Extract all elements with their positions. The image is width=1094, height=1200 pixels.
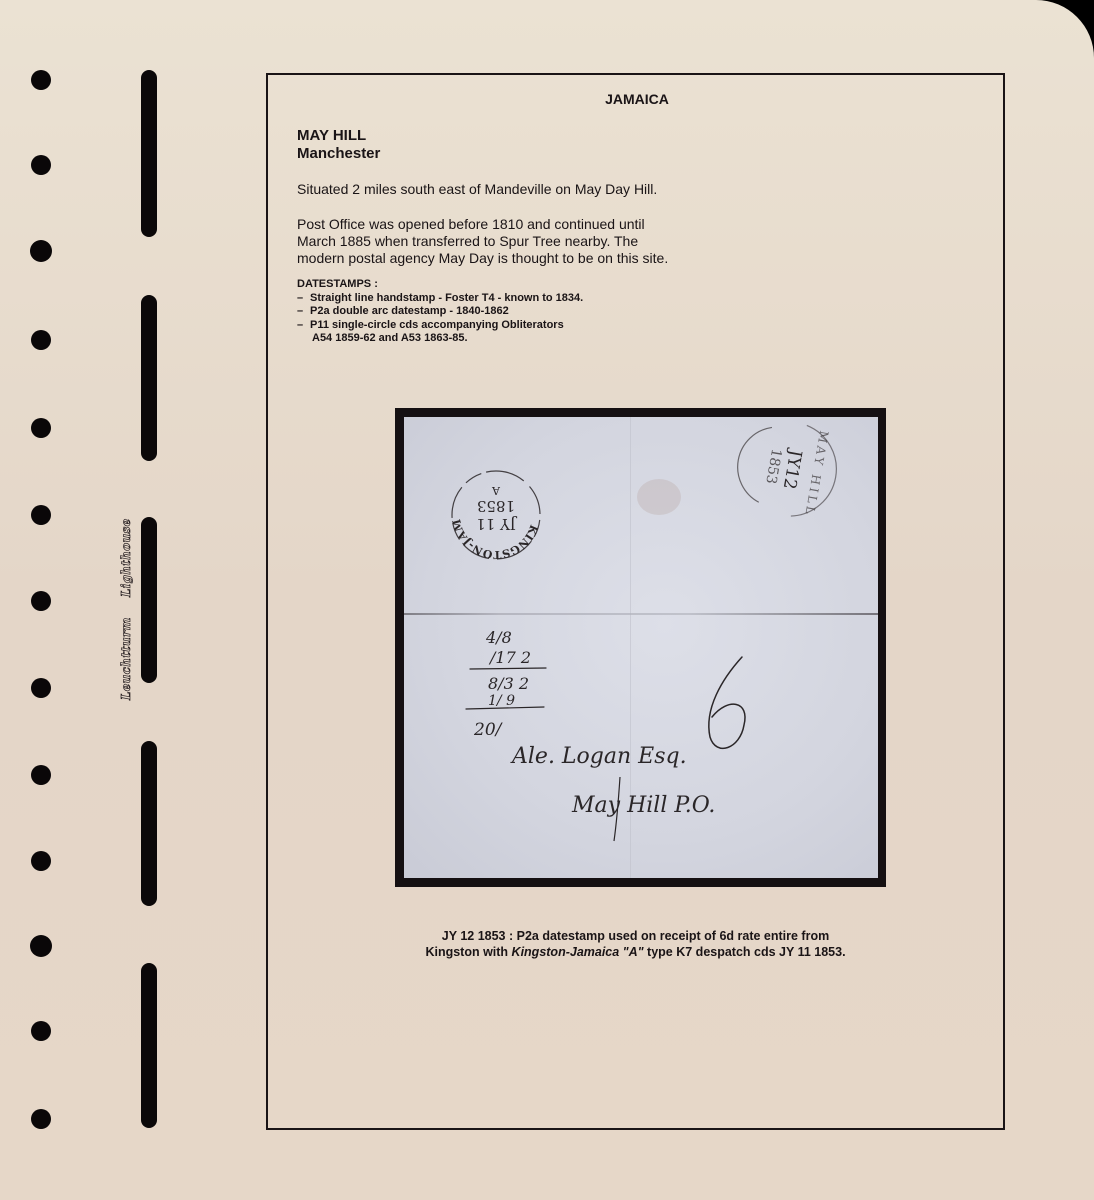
location-text: Situated 2 miles south east of Mandevill… — [297, 181, 737, 198]
svg-text:8/3 2: 8/3 2 — [488, 674, 529, 693]
punch-hole — [31, 330, 51, 350]
place-name: MAY HILL — [297, 127, 380, 145]
manuscript-accounts: 4/8 /17 2 8/3 2 1/ 9 20/ — [466, 628, 546, 740]
caption-text: type K7 despatch cds JY 11 1853. — [644, 945, 846, 959]
punch-hole — [31, 155, 51, 175]
datestamp-text: P2a double arc datestamp - 1840-1862 — [310, 305, 509, 319]
punch-hole — [31, 678, 51, 698]
datestamp-continuation: A54 1859-62 and A53 1863-85. — [297, 332, 697, 346]
binder-slot — [141, 963, 157, 1128]
dash-bullet: – — [297, 292, 310, 306]
binder-slot — [141, 70, 157, 237]
punch-hole — [31, 1021, 51, 1041]
history-text: Post Office was opened before 1810 and c… — [297, 216, 737, 267]
binder-slot — [141, 517, 157, 683]
datestamp-item: – P2a double arc datestamp - 1840-1862 — [297, 305, 697, 319]
punch-hole — [31, 765, 51, 785]
datestamp-text: P11 single-circle cds accompanying Oblit… — [310, 319, 564, 333]
dash-bullet: – — [297, 305, 310, 319]
caption-line-1: JY 12 1853 : P2a datestamp used on recei… — [358, 928, 913, 944]
brand-lighthouse: Lighthouse — [119, 519, 133, 598]
datestamps-list: DATESTAMPS : – Straight line handstamp -… — [297, 278, 697, 346]
punch-hole — [31, 1109, 51, 1129]
svg-text:20/: 20/ — [473, 720, 504, 740]
country-heading: JAMAICA — [268, 91, 1003, 107]
rate-manuscript-6 — [709, 657, 745, 748]
caption-text: Kingston with — [425, 945, 511, 959]
svg-text:MAY HILL: MAY HILL — [802, 430, 831, 518]
cover-caption: JY 12 1853 : P2a datestamp used on recei… — [358, 928, 913, 960]
punch-hole — [31, 591, 51, 611]
place-title: MAY HILL Manchester — [297, 127, 380, 163]
kingston-cds-postmark: KINGSTON-JAMAICA JY 11 1853 A — [450, 471, 540, 561]
history-line: modern postal agency May Day is thought … — [297, 250, 737, 267]
punch-hole — [31, 851, 51, 871]
caption-italic-text: Kingston-Jamaica "A" — [512, 945, 644, 959]
brand-leuchtturm: Leuchtturm — [119, 617, 133, 700]
dash-bullet: – — [297, 319, 310, 333]
postal-cover: KINGSTON-JAMAICA JY 11 1853 A MAY HILL J… — [404, 417, 878, 878]
svg-text:1/ 9: 1/ 9 — [488, 693, 515, 709]
punch-hole — [30, 935, 52, 957]
datestamps-heading: DATESTAMPS : — [297, 278, 697, 292]
cover-mount: KINGSTON-JAMAICA JY 11 1853 A MAY HILL J… — [395, 408, 886, 887]
address-line-2: May Hill P.O. — [571, 793, 715, 818]
svg-text:4/8: 4/8 — [485, 628, 512, 647]
svg-text:A: A — [491, 484, 501, 497]
punch-hole — [31, 70, 51, 90]
parish-name: Manchester — [297, 145, 380, 163]
datestamp-text: Straight line handstamp - Foster T4 - kn… — [310, 292, 583, 306]
cover-markings: KINGSTON-JAMAICA JY 11 1853 A MAY HILL J… — [404, 417, 878, 878]
punch-hole — [31, 418, 51, 438]
svg-text:JY 11: JY 11 — [476, 515, 518, 533]
history-line: March 1885 when transferred to Spur Tree… — [297, 233, 737, 250]
binder-slot — [141, 295, 157, 461]
svg-text:/17 2: /17 2 — [488, 648, 531, 667]
punch-hole — [31, 505, 51, 525]
datestamp-item: – P11 single-circle cds accompanying Obl… — [297, 319, 697, 333]
svg-text:1853: 1853 — [477, 497, 515, 515]
history-line: Post Office was opened before 1810 and c… — [297, 216, 737, 233]
caption-line-2: Kingston with Kingston-Jamaica "A" type … — [358, 944, 913, 960]
album-page: Leuchtturm Lighthouse JAMAICA MAY HILL M… — [0, 0, 1094, 1200]
address-line-1: Ale. Logan Esq. — [510, 744, 687, 769]
may-hill-double-arc-postmark: MAY HILL JY12 1853 — [730, 417, 843, 523]
binder-slot — [141, 741, 157, 906]
datestamp-item: – Straight line handstamp - Foster T4 - … — [297, 292, 697, 306]
punch-hole — [30, 240, 52, 262]
content-frame: JAMAICA MAY HILL Manchester Situated 2 m… — [266, 73, 1005, 1130]
